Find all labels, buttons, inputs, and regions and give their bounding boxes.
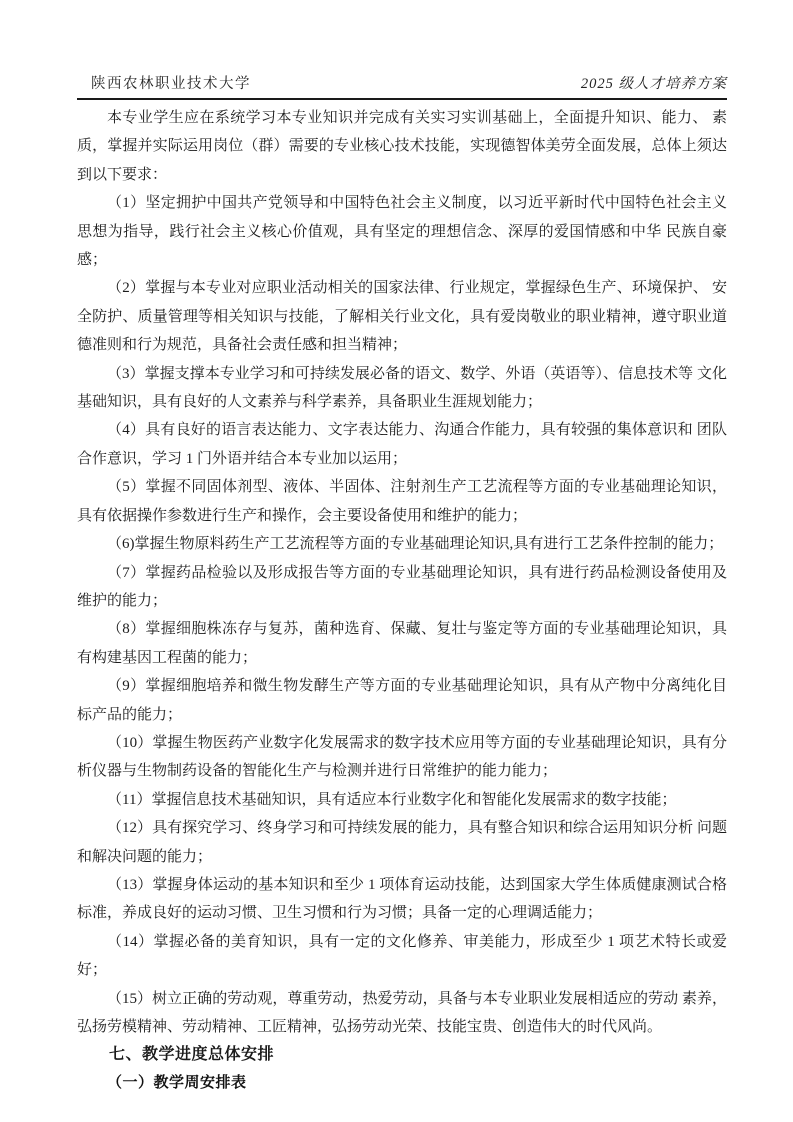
- document-body: 本专业学生应在系统学习本专业知识并完成有关实习实训基础上，全面提升知识、能力、 …: [77, 104, 727, 1097]
- requirement-item: （2）掌握与本专业对应职业活动相关的国家法律、行业规定，掌握绿色生产、环境保护、…: [77, 274, 727, 359]
- requirement-item: （13）掌握身体运动的基本知识和至少 1 项体育运动技能，达到国家大学生体质健康…: [77, 871, 727, 928]
- requirement-item: （7）掌握药品检验以及形成报告等方面的专业基础理论知识，具有进行药品检测设备使用…: [77, 559, 727, 616]
- requirement-item: （4）具有良好的语言表达能力、文字表达能力、沟通合作能力，具有较强的集体意识和 …: [77, 416, 727, 473]
- requirement-item: （11）掌握信息技术基础知识，具有适应本行业数字化和智能化发展需求的数字技能；: [77, 786, 727, 814]
- header-school-name: 陕西农林职业技术大学: [77, 72, 251, 93]
- requirement-item: （8）掌握细胞株冻存与复苏，菌种选育、保藏、复壮与鉴定等方面的专业基础理论知识，…: [77, 615, 727, 672]
- page-header: 陕西农林职业技术大学 2025 级人才培养方案: [77, 72, 727, 100]
- requirement-item: （15）树立正确的劳动观，尊重劳动，热爱劳动，具备与本专业职业发展相适应的劳动 …: [77, 985, 727, 1042]
- requirement-item: （3）掌握支撑本专业学习和可持续发展必备的语文、数学、外语（英语等）、信息技术等…: [77, 360, 727, 417]
- requirement-item: （6)掌握生物原料药生产工艺流程等方面的专业基础理论知识,具有进行工艺条件控制的…: [77, 530, 727, 558]
- subsection-heading-teaching-week-table: （一）教学周安排表: [77, 1069, 727, 1097]
- requirement-item: （1）坚定拥护中国共产党领导和中国特色社会主义制度，以习近平新时代中国特色社会主…: [77, 189, 727, 274]
- requirement-item: （14）掌握必备的美育知识，具有一定的文化修养、审美能力，形成至少 1 项艺术特…: [77, 928, 727, 985]
- section-heading-teaching-schedule: 七、教学进度总体安排: [77, 1041, 727, 1069]
- requirement-item: （9）掌握细胞培养和微生物发酵生产等方面的专业基础理论知识，具有从产物中分离纯化…: [77, 672, 727, 729]
- requirement-item: （10）掌握生物医药产业数字化发展需求的数字技术应用等方面的专业基础理论知识，具…: [77, 729, 727, 786]
- requirement-list: （1）坚定拥护中国共产党领导和中国特色社会主义制度，以习近平新时代中国特色社会主…: [77, 189, 727, 1041]
- requirement-item: （5）掌握不同固体剂型、液体、半固体、注射剂生产工艺流程等方面的专业基础理论知识…: [77, 473, 727, 530]
- header-doc-title: 2025 级人才培养方案: [581, 72, 727, 93]
- document-page: 陕西农林职业技术大学 2025 级人才培养方案 本专业学生应在系统学习本专业知识…: [0, 0, 793, 1122]
- requirement-item: （12）具有探究学习、终身学习和可持续发展的能力，具有整合知识和综合运用知识分析…: [77, 814, 727, 871]
- intro-paragraph: 本专业学生应在系统学习本专业知识并完成有关实习实训基础上，全面提升知识、能力、 …: [77, 104, 727, 189]
